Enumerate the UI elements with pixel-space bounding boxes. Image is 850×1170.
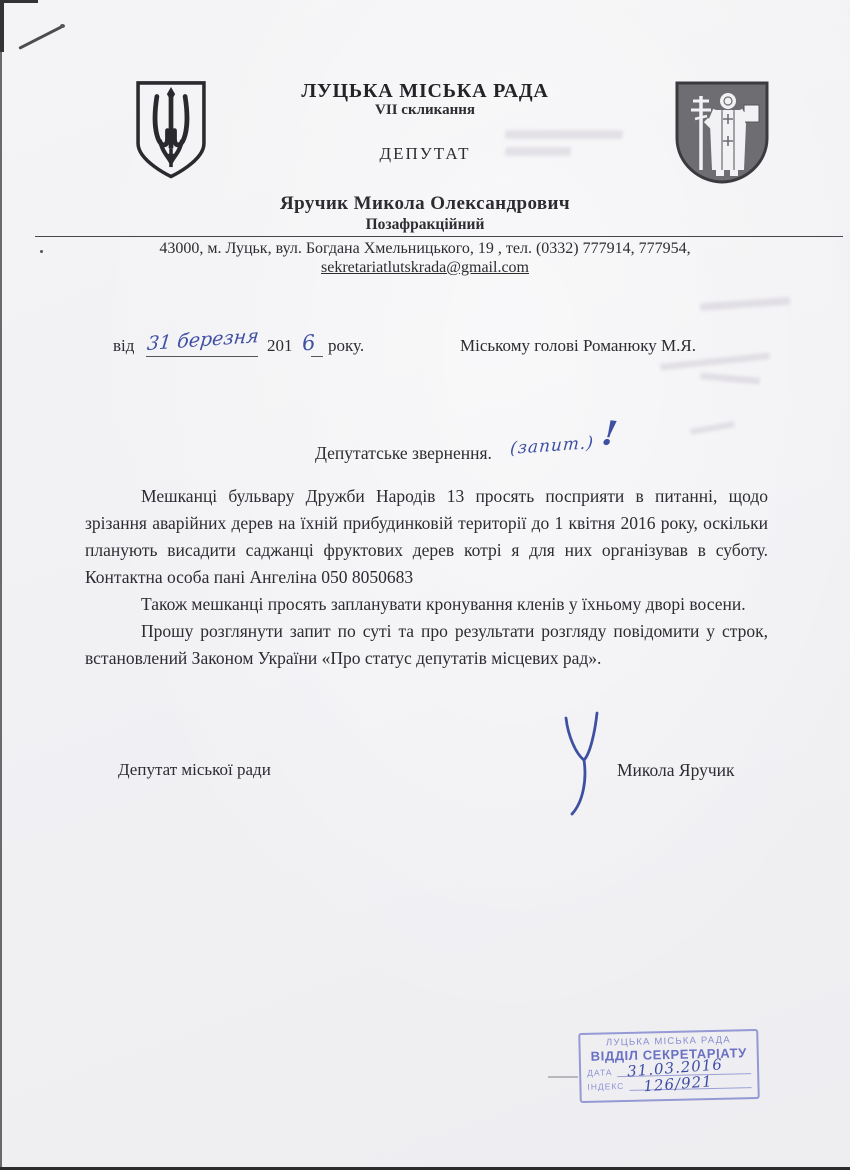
staple-scratch-mark: [18, 25, 63, 50]
role-title: ДЕПУТАТ: [130, 144, 720, 164]
year-blank-underline: [311, 356, 323, 357]
bleed-through-smudge: [690, 425, 735, 431]
handwritten-signature: [550, 710, 614, 825]
scan-corner-mark: [0, 0, 38, 3]
email-address: sekretariatlutskrada@gmail.com: [60, 259, 790, 277]
stamp-handwritten-index: 126/921: [643, 1072, 713, 1095]
date-prefix: від: [113, 336, 134, 356]
address-line: 43000, м. Луцьк, вул. Богдана Хмельницьк…: [60, 240, 790, 258]
addressee: Міському голові Романюку М.Я.: [460, 336, 696, 356]
staple-scratch-head: [60, 24, 65, 28]
subject-title: Депутатське звернення.: [315, 443, 492, 464]
year-printed: 201: [267, 336, 293, 356]
pencil-dash-artifact: [548, 1076, 578, 1078]
deputy-name: Яручик Микола Олександрович: [130, 193, 720, 215]
scan-edge-left: [0, 0, 2, 1170]
paragraph-1: Мешканці бульвару Дружби Народів 13 прос…: [85, 483, 768, 591]
handwritten-year-digit: 6: [301, 330, 316, 355]
scanned-letter-page: ЛУЦЬКА МІСЬКА РАДА VII скликання ДЕПУТАТ…: [0, 0, 850, 1170]
council-name: ЛУЦЬКА МІСЬКА РАДА: [130, 80, 720, 103]
date-blank-underline: [146, 356, 258, 357]
date-suffix: року.: [328, 336, 364, 356]
handwritten-exclamation: !: [600, 413, 620, 455]
stamp-date-label: ДАТА: [587, 1067, 613, 1078]
signer-position: Депутат міської ради: [118, 760, 271, 780]
paragraph-2: Також мешканці просять запланувати крону…: [85, 591, 768, 618]
paragraph-3: Прошу розглянути запит по суті та про ре…: [85, 618, 768, 672]
handwritten-date: 31 березня: [146, 325, 260, 355]
letter-body: Мешканці бульвару Дружби Народів 13 прос…: [85, 483, 768, 672]
handwritten-note: (запит.): [509, 433, 594, 459]
bleed-through-smudge: [660, 358, 770, 382]
bleed-through-smudge: [700, 300, 790, 308]
signer-name: Микола Яручик: [617, 760, 735, 781]
stamp-index-label: ІНДЕКС: [587, 1081, 624, 1092]
convocation: VII скликання: [130, 102, 720, 119]
scan-corner-mark-side: [0, 0, 4, 52]
ink-dot-artifact: [40, 250, 43, 253]
faction-label: Позафракційний: [130, 216, 720, 234]
registration-stamp: ЛУЦЬКА МІСЬКА РАДА ВІДДІЛ СЕКРЕТАРІАТУ Д…: [578, 1029, 760, 1103]
header-divider: [35, 236, 843, 237]
